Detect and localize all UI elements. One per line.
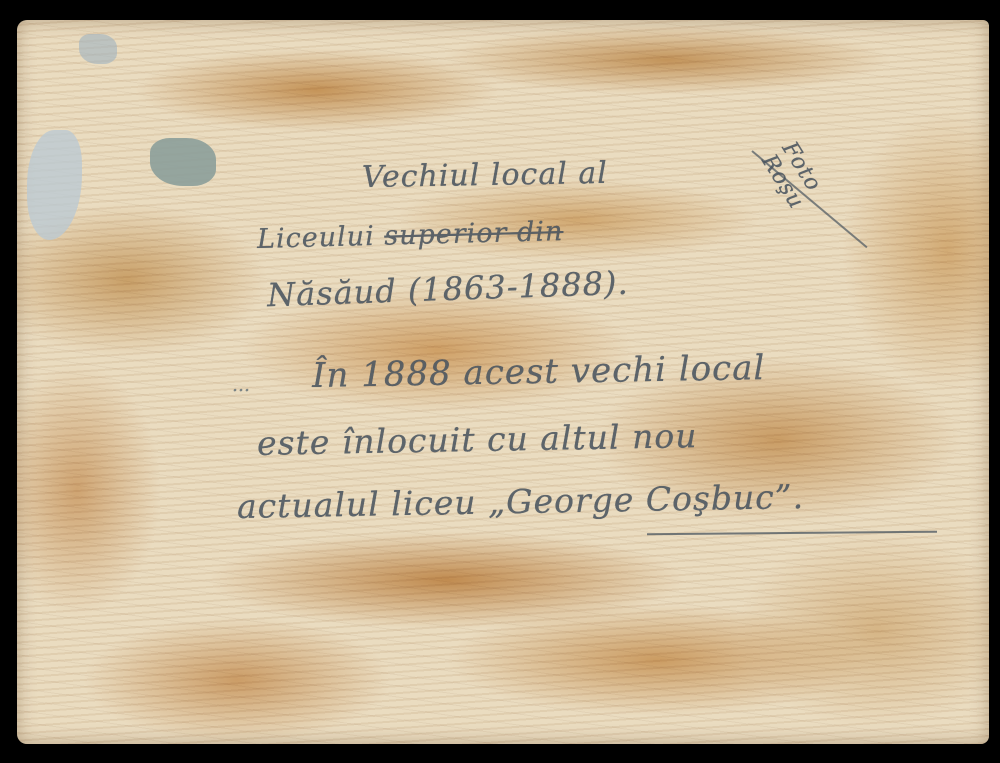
card-back: Vechiul local al Liceului superior din N… [17, 20, 989, 744]
pale-blue-stain-corner [79, 34, 117, 64]
blue-gray-stain [150, 138, 216, 186]
handwriting-line-2-struck: superior din [384, 216, 564, 252]
handwriting-line-2-plain: Liceului [257, 221, 385, 255]
photo-stage: Vechiul local al Liceului superior din N… [0, 0, 1000, 763]
handwriting-line-4: În 1888 acest vechi local [312, 348, 766, 396]
handwriting-line-1: Vechiul local al [362, 156, 608, 195]
handwriting-line-5: este înlocuit cu altul nou [257, 416, 698, 463]
margin-dots: … [232, 375, 252, 396]
